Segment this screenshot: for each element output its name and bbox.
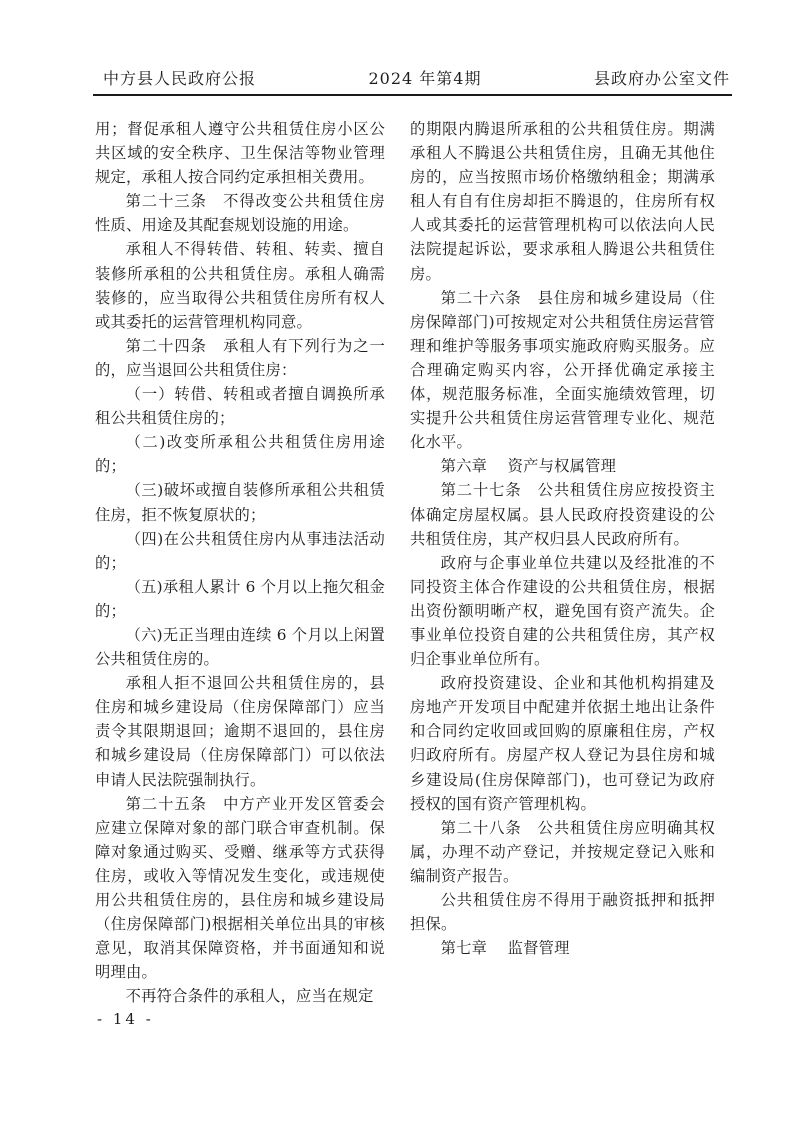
paragraph: 第二十八条 公共租赁住房应明确其权属，办理不动产登记，并按规定登记入账和编制资产… xyxy=(410,816,715,888)
paragraph: （二)改变所承租公共租赁住房用途的； xyxy=(95,430,385,478)
gazette-page: 中方县人民政府公报 2024 年第4期 县政府办公室文件 用；督促承租人遵守公共… xyxy=(0,0,793,1122)
paragraph: 政府投资建设、企业和其他机构捐建及房地产开发项目中配建并依据土地出让条件和合同约… xyxy=(410,671,715,816)
paragraph: （六)无正当理由连续 6 个月以上闲置公共租赁住房的。 xyxy=(95,623,385,671)
paragraph: 第七章 监督管理 xyxy=(410,936,715,960)
paragraph: 第六章 资产与权属管理 xyxy=(410,454,715,478)
paragraph: 承租人拒不退回公共租赁住房的，县住房和城乡建设局（住房保障部门）应当责令其限期退… xyxy=(95,671,385,791)
paragraph: 第二十四条 承租人有下列行为之一的，应当退回公共租赁住房： xyxy=(95,334,385,382)
paragraph: 政府与企事业单位共建以及经批准的不同投资主体合作建设的公共租赁住房，根据出资份额… xyxy=(410,551,715,671)
paragraph: （三)破坏或擅自装修所承租公共租赁住房，拒不恢复原状的； xyxy=(95,478,385,526)
page-footer: - 14 - xyxy=(97,1010,154,1028)
paragraph: （四)在公共租赁住房内从事违法活动的； xyxy=(95,527,385,575)
paragraph: （五)承租人累计 6 个月以上拖欠租金的； xyxy=(95,575,385,623)
paragraph: 的期限内腾退所承租的公共租赁住房。期满承租人不腾退公共租赁住房，且确无其他住房的… xyxy=(410,117,715,286)
paragraph: 第二十七条 公共租赁住房应按投资主体确定房屋权属。县人民政府投资建设的公共租赁住… xyxy=(410,478,715,550)
page-number: - 14 - xyxy=(97,1010,154,1028)
header-issue-number: 2024 年第4期 xyxy=(369,66,482,89)
header-section-title: 县政府办公室文件 xyxy=(594,66,732,89)
paragraph: 用；督促承租人遵守公共租赁住房小区公共区域的安全秩序、卫生保洁等物业管理规定，承… xyxy=(95,117,385,189)
paragraph: 第二十三条 不得改变公共租赁住房性质、用途及其配套规划设施的用途。 xyxy=(95,189,385,237)
paragraph: （一）转借、转租或者擅自调换所承租公共租赁住房的； xyxy=(95,382,385,430)
document-body: 用；督促承租人遵守公共租赁住房小区公共区域的安全秩序、卫生保洁等物业管理规定，承… xyxy=(95,117,715,1008)
header-gazette-title: 中方县人民政府公报 xyxy=(93,66,256,89)
paragraph: 不再符合条件的承租人，应当在规定 xyxy=(95,984,385,1008)
text-column-left: 用；督促承租人遵守公共租赁住房小区公共区域的安全秩序、卫生保洁等物业管理规定，承… xyxy=(95,117,385,1008)
paragraph: 公共租赁住房不得用于融资抵押和抵押担保。 xyxy=(410,888,715,936)
paragraph: 第二十六条 县住房和城乡建设局（住房保障部门)可按规定对公共租赁住房运营管理和维… xyxy=(410,286,715,455)
paragraph: 第二十五条 中方产业开发区管委会应建立保障对象的部门联合审查机制。保障对象通过购… xyxy=(95,792,385,985)
page-header: 中方县人民政府公报 2024 年第4期 县政府办公室文件 xyxy=(93,66,732,96)
paragraph: 承租人不得转借、转租、转卖、擅自装修所承租的公共租赁住房。承租人确需装修的，应当… xyxy=(95,237,385,333)
text-column-right: 的期限内腾退所承租的公共租赁住房。期满承租人不腾退公共租赁住房，且确无其他住房的… xyxy=(410,117,715,1008)
